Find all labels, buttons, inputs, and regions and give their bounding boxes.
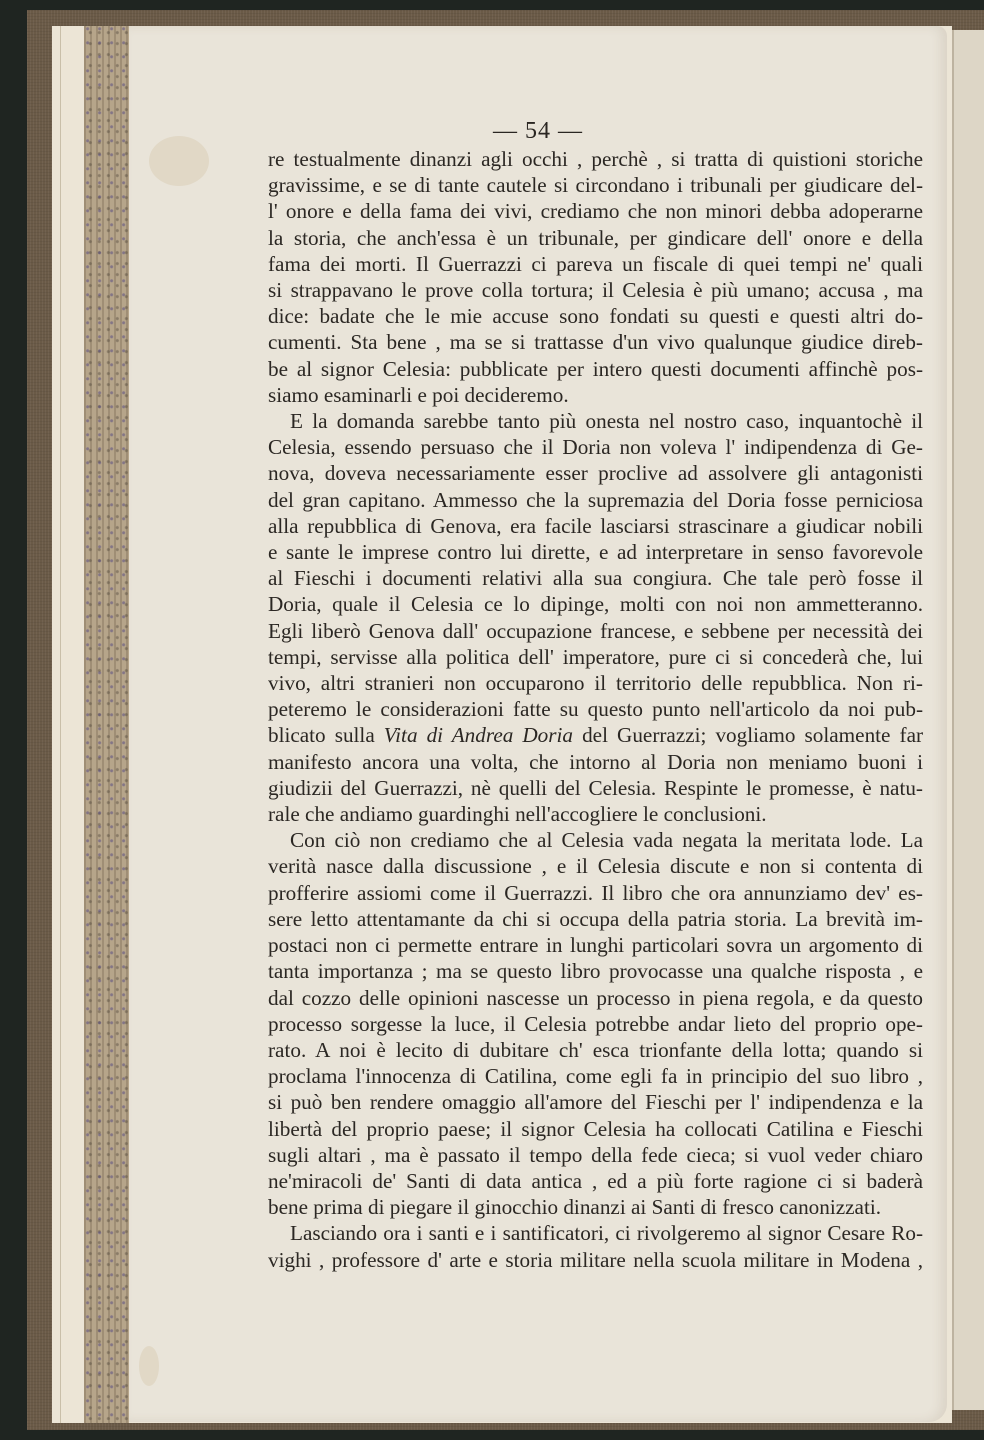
foxing-stain bbox=[139, 1346, 159, 1386]
text-line: libertà del proprio paese; il signor Cel… bbox=[268, 1116, 923, 1142]
text-line: cumenti. Sta bene , ma se si trattasse d… bbox=[268, 329, 923, 355]
paragraph-start: E la domanda sarebbe tanto più onesta ne… bbox=[268, 408, 923, 434]
text-line: profferire assiomi come il Guerrazzi. Il… bbox=[268, 880, 923, 906]
text-line: be al signor Celesia: pubblicate per int… bbox=[268, 356, 923, 382]
text-line: processo sorgesse la luce, il Celesia po… bbox=[268, 1011, 923, 1037]
text-line: del gran capitano. Ammesso che la suprem… bbox=[268, 487, 923, 513]
endpaper-edge bbox=[60, 26, 61, 1423]
text-line: nova, doveva necessariamente esser procl… bbox=[268, 460, 923, 486]
text-line: peteremo le considerazioni fatte su ques… bbox=[268, 696, 923, 722]
text-line: dal cozzo delle opinioni nascesse un pro… bbox=[268, 985, 923, 1011]
text-line: sere letto attentamante da chi si occupa… bbox=[268, 906, 923, 932]
text-line: siamo esaminarli e poi decideremo. bbox=[268, 382, 923, 408]
text-line: verità nasce dalla discussione , e il Ce… bbox=[268, 853, 923, 879]
text-line: bene prima di piegare il ginocchio dinan… bbox=[268, 1194, 923, 1220]
text-line: ne'miracoli de' Santi di data antica , e… bbox=[268, 1168, 923, 1194]
text-line: re testualmente dinanzi agli occhi , per… bbox=[268, 146, 923, 172]
text-line: gravissime, e se di tante cautele si cir… bbox=[268, 172, 923, 198]
text-line: si può ben rendere omaggio all'amore del… bbox=[268, 1089, 923, 1115]
text-line: tempi, servisse alla politica dell' impe… bbox=[268, 644, 923, 670]
adjacent-page-edge bbox=[952, 30, 984, 1410]
text-line: si strappavano le prove colla tortura; i… bbox=[268, 277, 923, 303]
text-line: manifesto ancora una volta, che intorno … bbox=[268, 749, 923, 775]
text-line: rato. A noi è lecito di dubitare ch' esc… bbox=[268, 1037, 923, 1063]
text-line-with-title: blicato sulla Vita di Andrea Doria del G… bbox=[268, 722, 923, 748]
page-number: — 54 — bbox=[129, 118, 947, 145]
text-line: dice: badate che le mie accuse sono fond… bbox=[268, 303, 923, 329]
text-fragment: blicato sulla bbox=[268, 723, 375, 747]
text-line: alla repubblica di Genova, era facile la… bbox=[268, 513, 923, 539]
text-line: fama dei morti. Il Guerrazzi ci pareva u… bbox=[268, 251, 923, 277]
text-line: Egli liberò Genova dall' occupazione fra… bbox=[268, 618, 923, 644]
text-line: e sante le imprese contro lui dirette, e… bbox=[268, 539, 923, 565]
paragraph-start: Lasciando ora i santi e i santificatori,… bbox=[268, 1220, 923, 1246]
text-line: tanta importanza ; ma se questo libro pr… bbox=[268, 958, 923, 984]
text-line: Doria, quale il Celesia ce lo dipinge, m… bbox=[268, 591, 923, 617]
text-line: l' onore e della fama dei vivi, crediamo… bbox=[268, 198, 923, 224]
text-line: vivo, altri stranieri non occuparono il … bbox=[268, 670, 923, 696]
text-line: proclama l'innocenza di Catilina, come e… bbox=[268, 1063, 923, 1089]
text-line: al Fieschi i documenti relativi alla sua… bbox=[268, 565, 923, 591]
text-line: postaci non ci permette entrare in lungh… bbox=[268, 932, 923, 958]
book-title: Vita di Andrea Doria bbox=[384, 723, 573, 747]
text-line: la storia, che anch'essa è un tribunale,… bbox=[268, 225, 923, 251]
text-line: Celesia, essendo persuaso che il Doria n… bbox=[268, 434, 923, 460]
text-line: vighi , professore d' arte e storia mili… bbox=[268, 1247, 923, 1273]
text-line: giudizii del Guerrazzi, nè quelli del Ce… bbox=[268, 775, 923, 801]
binding-gutter-strip bbox=[84, 26, 129, 1423]
body-text: re testualmente dinanzi agli occhi , per… bbox=[268, 146, 923, 1273]
text-line: sugli altari , ma è passato il tempo del… bbox=[268, 1142, 923, 1168]
text-fragment: del Guerrazzi; vogliamo solamente far bbox=[582, 723, 923, 747]
paragraph-start: Con ciò non crediamo che al Celesia vada… bbox=[268, 827, 923, 853]
text-line: rale che andiamo guardinghi nell'accogli… bbox=[268, 801, 923, 827]
